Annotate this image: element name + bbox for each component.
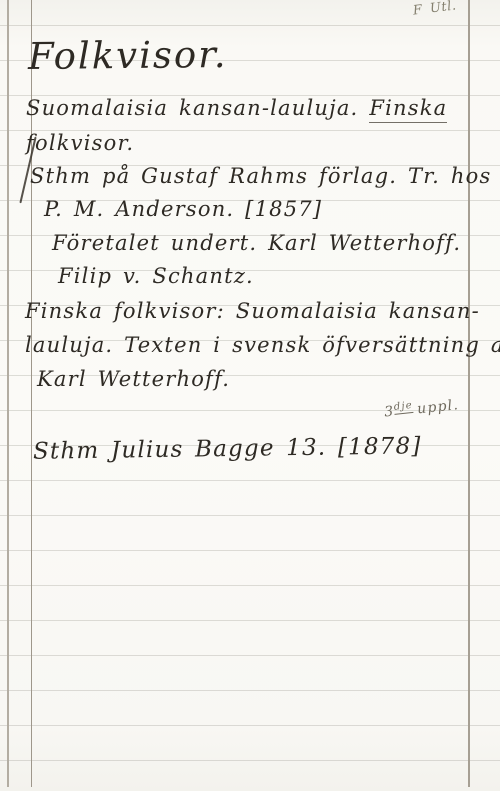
left-outer-margin-rule bbox=[7, 0, 9, 787]
alt-title-line1: Suomalaisia kansan-lauluja. Finska bbox=[26, 97, 447, 120]
edition-ordinal-suffix: dje bbox=[393, 400, 413, 415]
right-margin-rule bbox=[468, 0, 470, 787]
edition-word: uppl. bbox=[416, 397, 459, 417]
imprint-1878-line: Sthm Julius Bagge 13. [1878] bbox=[33, 434, 422, 465]
corner-classification-note: F Utl. bbox=[412, 0, 457, 19]
edition-note: 3djeuppl. bbox=[383, 395, 459, 421]
attribution-note: Filip v. Schantz. bbox=[58, 265, 254, 288]
imprint-1857-line1: Sthm på Gustaf Rahms förlag. Tr. hos bbox=[30, 165, 491, 188]
scanned-catalog-card: F Utl. Folkvisor. Suomalaisia kansan-lau… bbox=[0, 0, 500, 791]
alt-title-underlined-word: Finska bbox=[369, 96, 447, 123]
imprint-1857-line2: P. M. Anderson. [1857] bbox=[44, 198, 322, 221]
alt-title-line2: folkvisor. bbox=[26, 132, 134, 155]
second-entry-line1: Finska folkvisor: Suomalaisia kansan- bbox=[25, 300, 480, 323]
preface-note: Företalet undert. Karl Wetterhoff. bbox=[52, 232, 461, 255]
alt-title-line1-text: Suomalaisia kansan-lauluja. bbox=[26, 96, 369, 120]
second-entry-line2: lauluja. Texten i svensk öfversättning a… bbox=[25, 334, 500, 357]
second-entry-line3: Karl Wetterhoff. bbox=[37, 368, 230, 391]
heading-title: Folkvisor. bbox=[28, 35, 228, 78]
